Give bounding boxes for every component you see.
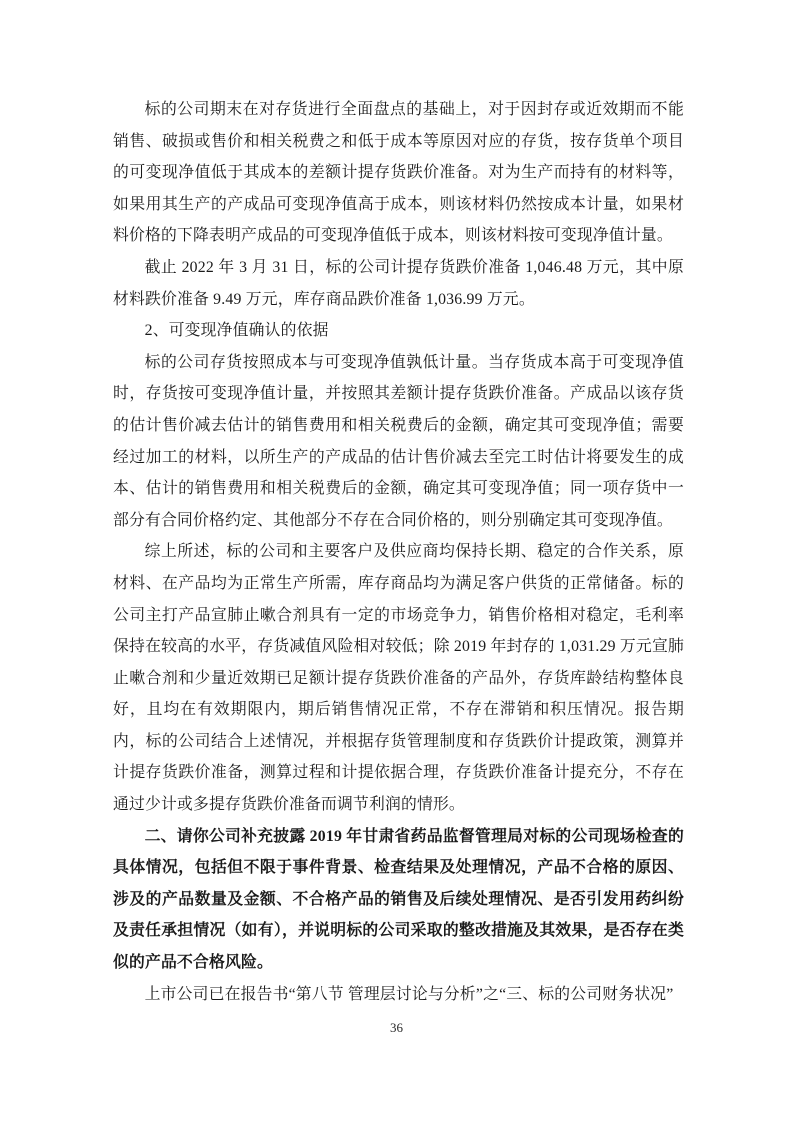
paragraph-inventory-stocktake: 标的公司期末在对存货进行全面盘点的基础上，对于因封存或近效期而不能销售、破损或售… — [113, 94, 684, 252]
inquiry-question-2: 二、请你公司补充披露 2019 年甘肃省药品监督管理局对标的公司现场检查的具体情… — [113, 821, 684, 979]
section-heading-nrv-basis: 2、可变现净值确认的依据 — [113, 315, 684, 347]
document-page: 标的公司期末在对存货进行全面盘点的基础上，对于因封存或近效期而不能销售、破损或售… — [0, 0, 793, 1122]
paragraph-summary-conclusion: 综上所述，标的公司和主要客户及供应商均保持长期、稳定的合作关系，原材料、在产品均… — [113, 536, 684, 820]
page-number: 36 — [0, 1020, 793, 1036]
page-body: 标的公司期末在对存货进行全面盘点的基础上，对于因封存或近效期而不能销售、破损或售… — [113, 94, 684, 1010]
paragraph-reply-reference: 上市公司已在报告书“第八节 管理层讨论与分析”之“三、标的公司财务状况” — [113, 979, 684, 1011]
paragraph-nrv-measurement: 标的公司存货按照成本与可变现净值孰低计量。当存货成本高于可变现净值时，存货按可变… — [113, 347, 684, 537]
paragraph-provision-amounts: 截止 2022 年 3 月 31 日，标的公司计提存货跌价准备 1,046.48… — [113, 252, 684, 315]
